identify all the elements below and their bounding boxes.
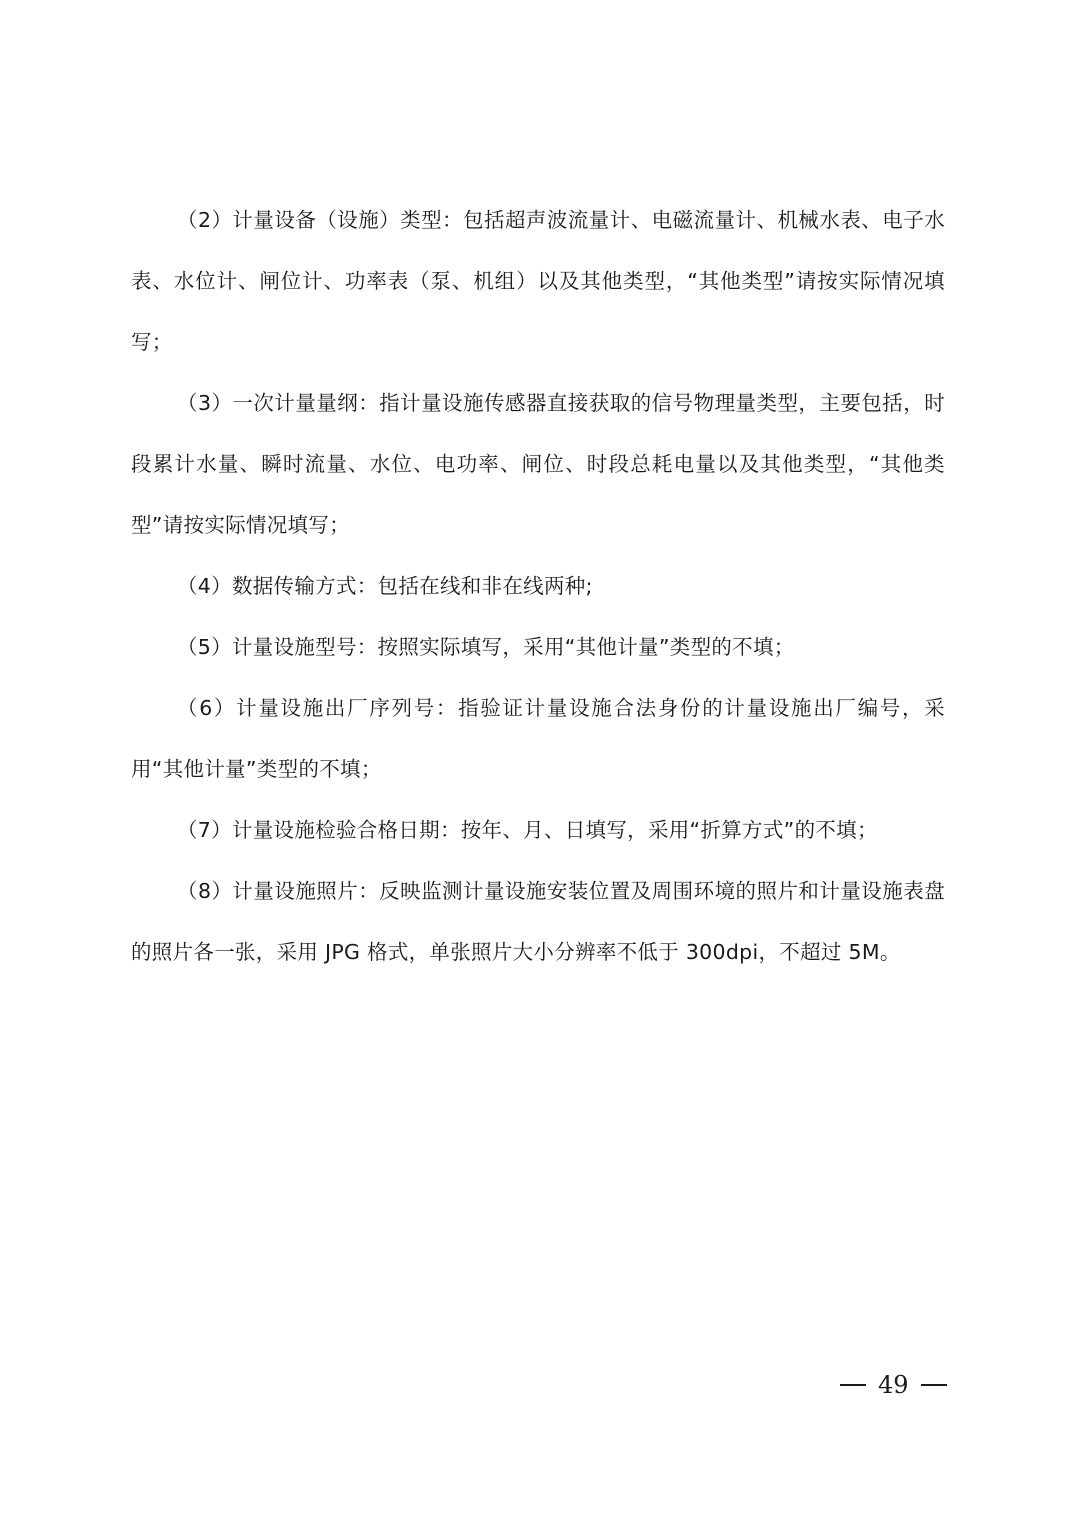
page-number-footer: 49 (840, 1368, 950, 1402)
paragraph-item-5: （5）计量设施型号：按照实际填写，采用“其他计量”类型的不填； (131, 617, 945, 678)
document-body: （2）计量设备（设施）类型：包括超声波流量计、电磁流量计、机械水表、电子水表、水… (131, 190, 945, 983)
document-page: （2）计量设备（设施）类型：包括超声波流量计、电磁流量计、机械水表、电子水表、水… (0, 0, 1075, 1519)
paragraph-item-3: （3）一次计量量纲：指计量设施传感器直接获取的信号物理量类型，主要包括，时段累计… (131, 373, 945, 556)
paragraph-item-4: （4）数据传输方式：包括在线和非在线两种; (131, 556, 945, 617)
paragraph-item-2: （2）计量设备（设施）类型：包括超声波流量计、电磁流量计、机械水表、电子水表、水… (131, 190, 945, 373)
paragraph-item-6: （6）计量设施出厂序列号：指验证计量设施合法身份的计量设施出厂编号，采用“其他计… (131, 678, 945, 800)
page-number: 49 (878, 1368, 909, 1402)
right-dash-decoration (921, 1384, 947, 1386)
left-dash-decoration (840, 1384, 866, 1386)
paragraph-item-8: （8）计量设施照片：反映监测计量设施安装位置及周围环境的照片和计量设施表盘的照片… (131, 861, 945, 983)
paragraph-item-7: （7）计量设施检验合格日期：按年、月、日填写，采用“折算方式”的不填； (131, 800, 945, 861)
